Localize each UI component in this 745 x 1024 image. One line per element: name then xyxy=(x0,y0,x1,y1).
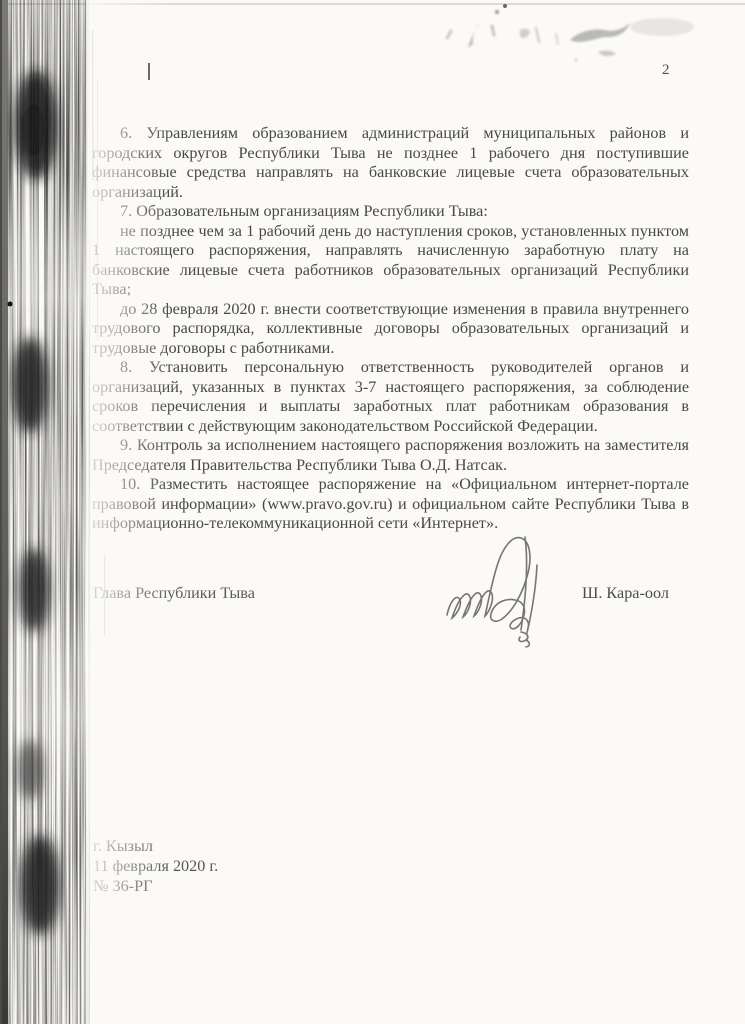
scanned-page: 2 6. Управлениям образованием администра… xyxy=(0,0,745,1024)
paragraph-10: 10. Разместить настоящее распоряжение на… xyxy=(92,475,689,534)
handwritten-signature xyxy=(441,531,573,649)
paragraph-7-intro: 7. Образовательным организациям Республи… xyxy=(92,202,689,222)
footer-date: 11 февраля 2020 г. xyxy=(93,856,218,876)
footer-city: г. Кызыл xyxy=(93,836,218,856)
page-number: 2 xyxy=(662,62,670,79)
document-body: 6. Управлениям образованием администраци… xyxy=(92,124,689,534)
signatory-title: Глава Республики Тыва xyxy=(93,584,255,603)
footer-block: г. Кызыл 11 февраля 2020 г. № 36-РГ xyxy=(93,836,218,896)
pencil-smudges xyxy=(0,0,745,70)
paragraph-9: 9. Контроль за исполнением настоящего ра… xyxy=(92,436,689,475)
paragraph-8: 8. Установить персональную ответственнос… xyxy=(92,358,689,436)
paragraph-7-item-amendments: до 28 февраля 2020 г. внести соответству… xyxy=(92,300,689,359)
paragraph-7-item-deadline: не позднее чем за 1 рабочий день до наст… xyxy=(92,222,689,300)
footer-number: № 36-РГ xyxy=(93,876,218,896)
signatory-name: Ш. Кара-оол xyxy=(582,584,669,603)
paragraph-6: 6. Управлениям образованием администраци… xyxy=(92,124,689,202)
